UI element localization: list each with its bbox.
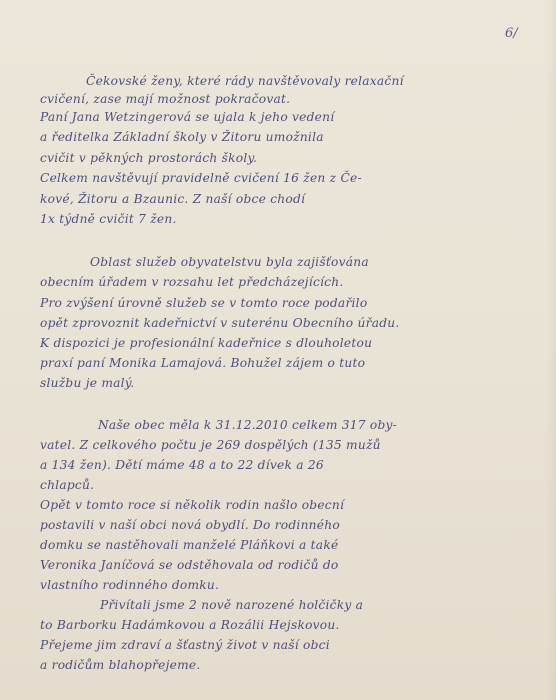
text-line: to Barborku Hadámkovou a Rozálii Hejskov… bbox=[40, 618, 340, 632]
text-line: cvičit v pěkných prostorách školy. bbox=[40, 151, 257, 165]
text-line: chlapců. bbox=[40, 478, 94, 492]
text-line: a ředitelka Základní školy v Žitoru umož… bbox=[40, 130, 324, 144]
text-line: Pro zvýšení úrovně služeb se v tomto roc… bbox=[40, 296, 367, 310]
text-line: Paní Jana Wetzingerová se ujala k jeho v… bbox=[40, 110, 334, 124]
text-line: domku se nastěhovali manželé Pláňkovi a … bbox=[40, 538, 338, 552]
page-number: 6/ bbox=[505, 26, 518, 41]
text-line: opět zprovoznit kadeřnictví v suterénu O… bbox=[40, 316, 399, 330]
text-line: Veronika Janíčová se odstěhovala od rodi… bbox=[40, 558, 338, 572]
text-line: Oblast služeb obyvatelstvu byla zajišťov… bbox=[90, 255, 369, 269]
text-line: postavili v naší obci nová obydlí. Do ro… bbox=[40, 518, 340, 532]
text-line: cvičení, zase mají možnost pokračovat. bbox=[40, 92, 290, 106]
text-line: Celkem navštěvují pravidelně cvičení 16 … bbox=[40, 171, 362, 185]
text-line: Naše obec měla k 31.12.2010 celkem 317 o… bbox=[98, 418, 397, 432]
text-line: a 134 žen). Dětí máme 48 a to 22 dívek a… bbox=[40, 458, 324, 472]
text-line: 1x týdně cvičit 7 žen. bbox=[40, 212, 177, 226]
text-line: vatel. Z celkového počtu je 269 dospělýc… bbox=[40, 438, 381, 452]
text-line: Přejeme jim zdraví a šťastný život v naš… bbox=[40, 638, 330, 652]
text-line: kové, Žitoru a Bzaunic. Z naší obce chod… bbox=[40, 192, 305, 206]
text-line: a rodičům blahopřejeme. bbox=[40, 658, 201, 672]
text-line: vlastního rodinného domku. bbox=[40, 578, 219, 592]
text-line: službu je malý. bbox=[40, 376, 134, 390]
text-line: Opět v tomto roce si několik rodin našlo… bbox=[40, 498, 344, 512]
text-line: K dispozici je profesionální kadeřnice s… bbox=[40, 336, 372, 350]
text-line: obecním úřadem v rozsahu let předcházejí… bbox=[40, 275, 343, 289]
text-line: Čekovské ženy, které rády navštěvovaly r… bbox=[86, 74, 404, 88]
handwritten-page: 6/ Čekovské ženy, které rády navštěvoval… bbox=[0, 0, 556, 700]
text-line: Přivítali jsme 2 nově narozené holčičky … bbox=[100, 598, 363, 612]
text-line: praxí paní Monika Lamajová. Bohužel záje… bbox=[40, 356, 365, 370]
